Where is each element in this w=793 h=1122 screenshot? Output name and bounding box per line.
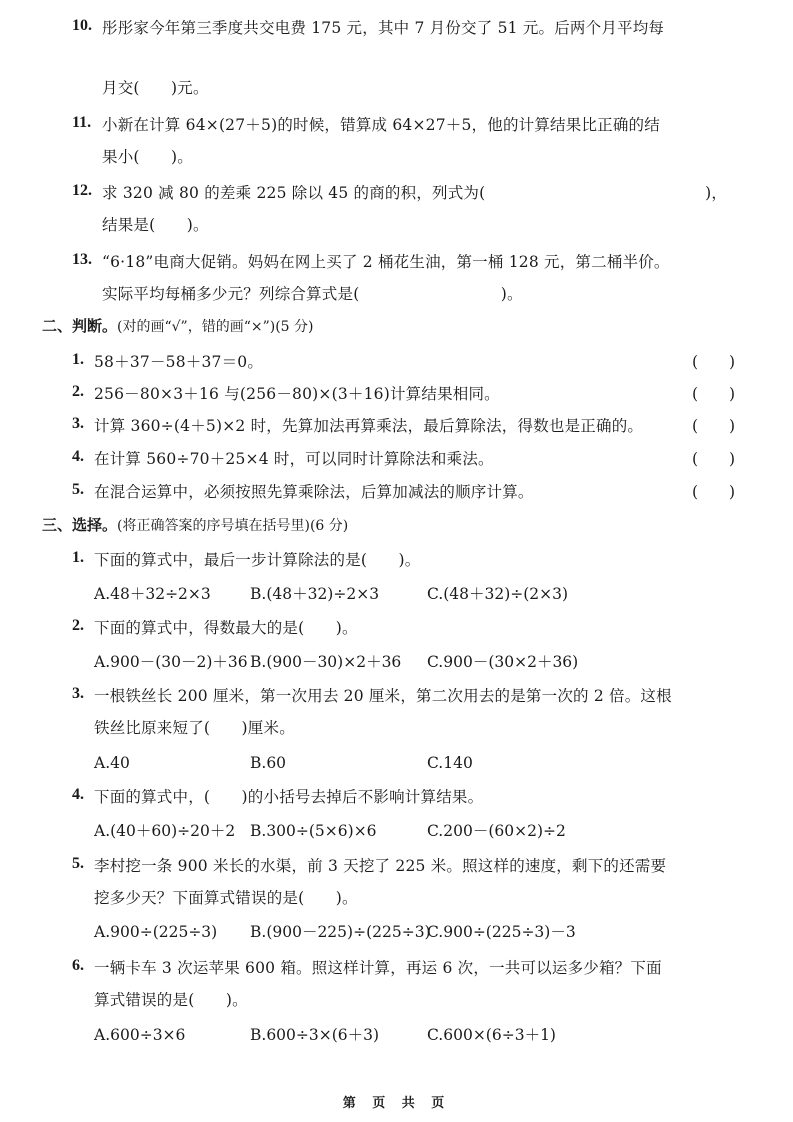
option-c[interactable]: C.900÷(225÷3)－3 — [427, 922, 576, 942]
question-number: 11. — [72, 114, 91, 132]
question-text: 果小( )。 — [102, 147, 193, 167]
item-number: 4. — [72, 786, 84, 804]
item-text: 算式错误的是( )。 — [94, 990, 248, 1010]
option-c[interactable]: C.600×(6÷3＋1) — [427, 1025, 556, 1045]
item-number: 1. — [72, 549, 84, 567]
question-text: “6·18”电商大促销。妈妈在网上买了 2 桶花生油，第一桶 128 元，第二桶… — [102, 252, 670, 272]
option-a[interactable]: A.900－(30－2)＋36 — [94, 652, 248, 672]
item-number: 2. — [72, 617, 84, 635]
item-text: 一根铁丝长 200 厘米，第一次用去 20 厘米，第二次用去的是第一次的 2 倍… — [94, 686, 672, 706]
section-title: 二、判断。 — [42, 317, 117, 335]
section-note: (将正确答案的序号填在括号里)(6 分) — [117, 518, 348, 534]
question-text: 小新在计算 64×(27＋5)的时候，错算成 64×27＋5，他的计算结果比正确… — [102, 115, 660, 135]
item-number: 4. — [72, 448, 84, 466]
option-b[interactable]: B.(48＋32)÷2×3 — [250, 584, 379, 604]
option-b[interactable]: B.(900－30)×2＋36 — [250, 652, 401, 672]
answer-blank[interactable]: ( ) — [692, 449, 735, 469]
option-b[interactable]: B.300÷(5×6)×6 — [250, 821, 377, 841]
section-title: 三、选择。 — [42, 516, 117, 534]
item-number: 5. — [72, 481, 84, 499]
item-text: 在计算 560÷70＋25×4 时，可以同时计算除法和乘法。 — [94, 449, 494, 469]
item-number: 3. — [72, 685, 84, 703]
item-number: 3. — [72, 415, 84, 433]
section-heading-judgement: 二、判断。(对的画“√”，错的画“×”)(5 分) — [42, 316, 314, 337]
option-a[interactable]: A.48＋32÷2×3 — [94, 584, 211, 604]
item-text: 下面的算式中，得数最大的是( )。 — [94, 618, 358, 638]
option-c[interactable]: C.900－(30×2＋36) — [427, 652, 578, 672]
section-note: (对的画“√”，错的画“×”)(5 分) — [117, 319, 314, 335]
item-number: 2. — [72, 383, 84, 401]
worksheet-page: 10. 彤彤家今年第三季度共交电费 175 元，其中 7 月份交了 51 元。后… — [0, 0, 793, 1122]
option-b[interactable]: B.600÷3×(6＋3) — [250, 1025, 379, 1045]
answer-blank[interactable]: ( ) — [692, 416, 735, 436]
option-b[interactable]: B.(900－225)÷(225÷3) — [250, 922, 431, 942]
section-heading-choice: 三、选择。(将正确答案的序号填在括号里)(6 分) — [42, 515, 348, 536]
answer-blank[interactable]: ( ) — [692, 384, 735, 404]
item-text: 下面的算式中，最后一步计算除法的是( )。 — [94, 550, 421, 570]
item-text: 一辆卡车 3 次运苹果 600 箱。照这样计算，再运 6 次，一共可以运多少箱？… — [94, 958, 662, 978]
option-a[interactable]: A.40 — [94, 753, 130, 773]
answer-blank[interactable]: ( ) — [692, 352, 735, 372]
item-text: 李村挖一条 900 米长的水渠，前 3 天挖了 225 米。照这样的速度，剩下的… — [94, 856, 666, 876]
item-text: 256－80×3＋16 与(256－80)×(3＋16)计算结果相同。 — [94, 384, 500, 404]
question-number: 12. — [72, 182, 92, 200]
page-footer: 第 页 共 页 — [0, 1092, 793, 1111]
item-text: 计算 360÷(4＋5)×2 时，先算加法再算乘法，最后算除法，得数也是正确的。 — [94, 416, 643, 436]
item-text: 挖多少天？下面算式错误的是( )。 — [94, 888, 358, 908]
item-number: 6. — [72, 957, 84, 975]
answer-blank[interactable]: ( ) — [692, 482, 735, 502]
option-c[interactable]: C.140 — [427, 753, 473, 773]
item-number: 1. — [72, 351, 84, 369]
question-number: 10. — [72, 17, 92, 35]
question-text: 求 320 减 80 的差乘 225 除以 45 的商的积，列式为( )， — [102, 183, 727, 203]
question-text: 彤彤家今年第三季度共交电费 175 元，其中 7 月份交了 51 元。后两个月平… — [102, 18, 664, 38]
option-b[interactable]: B.60 — [250, 753, 286, 773]
question-text: 月交( )元。 — [102, 78, 209, 98]
option-c[interactable]: C.(48＋32)÷(2×3) — [427, 584, 568, 604]
item-text: 58＋37－58＋37＝0。 — [94, 352, 263, 372]
option-a[interactable]: A.600÷3×6 — [94, 1025, 185, 1045]
option-a[interactable]: A.(40＋60)÷20＋2 — [94, 821, 235, 841]
question-number: 13. — [72, 251, 92, 269]
question-text: 实际平均每桶多少元？列综合算式是( )。 — [102, 284, 523, 304]
option-c[interactable]: C.200－(60×2)÷2 — [427, 821, 566, 841]
item-text: 在混合运算中，必须按照先算乘除法，后算加减法的顺序计算。 — [94, 482, 534, 502]
item-text: 铁丝比原来短了( )厘米。 — [94, 718, 295, 738]
item-number: 5. — [72, 855, 84, 873]
item-text: 下面的算式中，( )的小括号去掉后不影响计算结果。 — [94, 787, 483, 807]
question-text: 结果是( )。 — [102, 215, 209, 235]
option-a[interactable]: A.900÷(225÷3) — [94, 922, 217, 942]
